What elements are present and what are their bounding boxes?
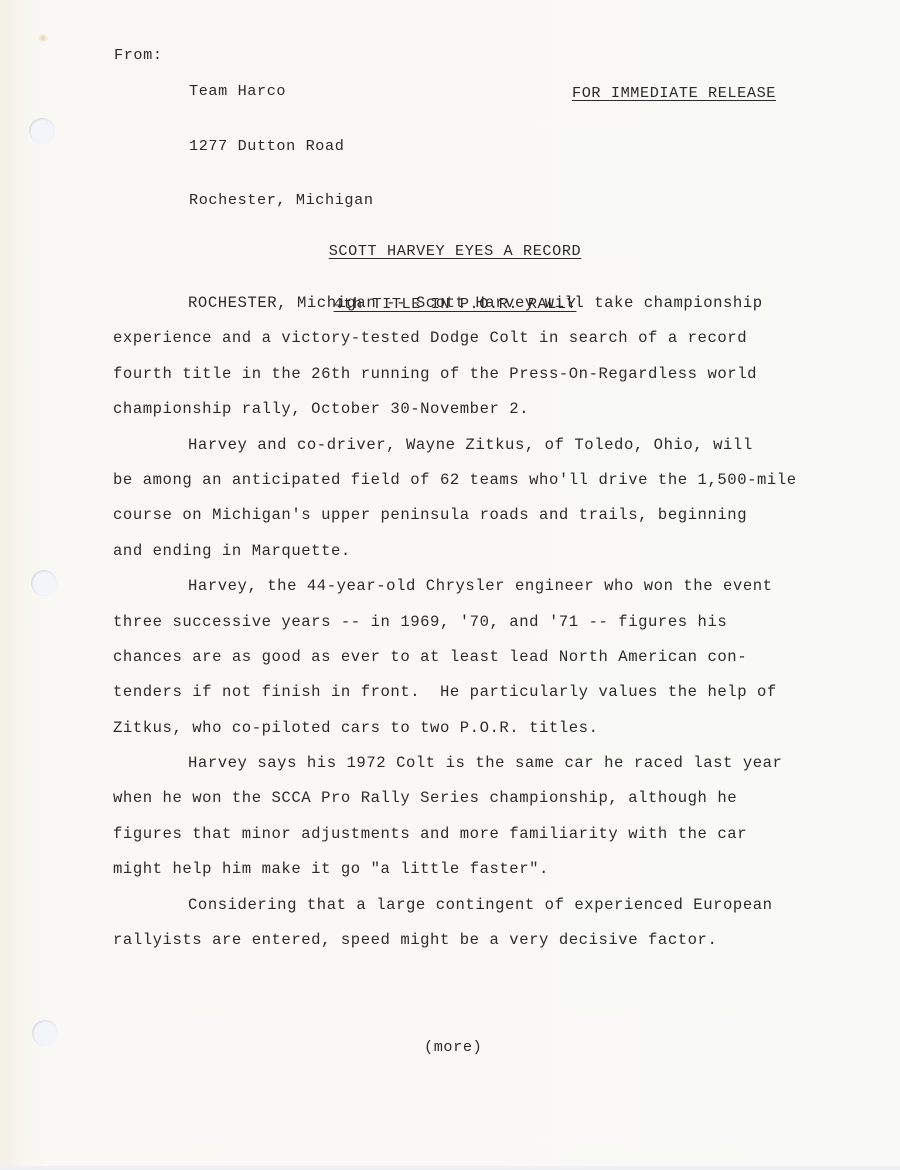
body-text: ROCHESTER, Michigan -- Scott Harvey will… bbox=[113, 292, 873, 964]
document-page: From: Team Harco 1277 Dutton Road Roches… bbox=[0, 0, 900, 1170]
body-line: when he won the SCCA Pro Rally Series ch… bbox=[113, 787, 873, 822]
body-line: championship rally, October 30-November … bbox=[113, 398, 873, 433]
body-line: and ending in Marquette. bbox=[113, 540, 873, 575]
punch-hole-middle bbox=[31, 570, 57, 596]
body-line: rallyists are entered, speed might be a … bbox=[113, 929, 873, 964]
from-label: From: bbox=[114, 46, 163, 65]
body-line: fourth title in the 26th running of the … bbox=[113, 363, 873, 398]
body-line: ROCHESTER, Michigan -- Scott Harvey will… bbox=[113, 292, 873, 327]
body-line: Zitkus, who co-piloted cars to two P.O.R… bbox=[113, 717, 873, 752]
punch-hole-top bbox=[29, 118, 55, 144]
body-line: tenders if not finish in front. He parti… bbox=[113, 681, 873, 716]
body-line: three successive years -- in 1969, '70, … bbox=[113, 611, 873, 646]
body-line: experience and a victory-tested Dodge Co… bbox=[113, 327, 873, 362]
sender-name: Team Harco bbox=[189, 82, 374, 101]
body-line: course on Michigan's upper peninsula roa… bbox=[113, 504, 873, 539]
sender-street: 1277 Dutton Road bbox=[189, 137, 374, 156]
body-line: be among an anticipated field of 62 team… bbox=[113, 469, 873, 504]
body-line: chances are as good as ever to at least … bbox=[113, 646, 873, 681]
punch-hole-bottom bbox=[32, 1020, 58, 1046]
paper-stain bbox=[38, 34, 48, 42]
continuation-marker: (more) bbox=[424, 1038, 482, 1056]
page-edge bbox=[0, 1166, 900, 1170]
body-line: Considering that a large contingent of e… bbox=[113, 894, 873, 929]
body-line: might help him make it go "a little fast… bbox=[113, 858, 873, 893]
body-line: figures that minor adjustments and more … bbox=[113, 823, 873, 858]
body-line: Harvey, the 44-year-old Chrysler enginee… bbox=[113, 575, 873, 610]
body-line: Harvey says his 1972 Colt is the same ca… bbox=[113, 752, 873, 787]
headline-line-1: SCOTT HARVEY EYES A RECORD bbox=[316, 243, 594, 260]
release-notice: FOR IMMEDIATE RELEASE bbox=[572, 84, 776, 102]
body-line: Harvey and co-driver, Wayne Zitkus, of T… bbox=[113, 434, 873, 469]
